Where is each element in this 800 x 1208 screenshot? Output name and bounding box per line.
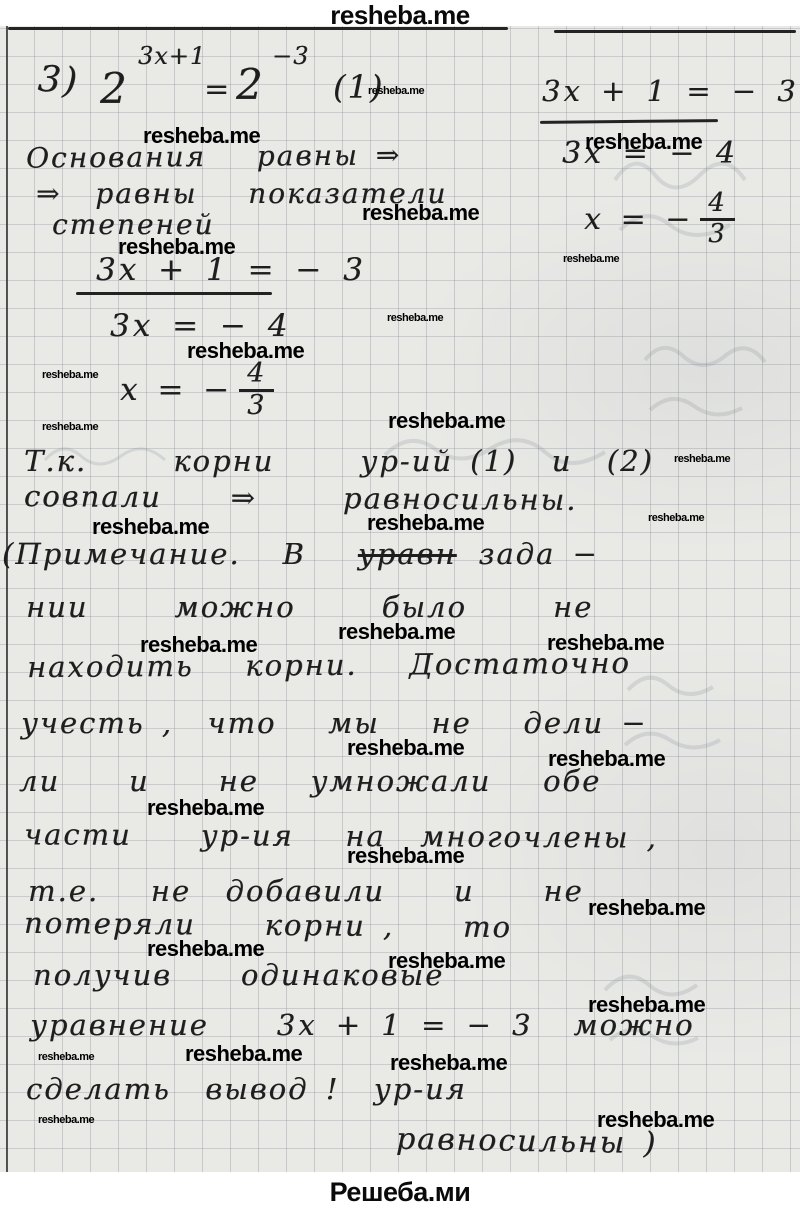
watermark-resheba: resheba.me bbox=[588, 895, 705, 921]
watermark-resheba: resheba.me bbox=[140, 632, 257, 658]
watermark-resheba: resheba.me bbox=[367, 510, 484, 536]
watermark-resheba: resheba.me bbox=[338, 619, 455, 645]
eq2-body: 3x + 1 = − 3 bbox=[542, 74, 799, 108]
left-step2-lhs: x = − bbox=[120, 372, 231, 408]
watermark-resheba: resheba.me bbox=[187, 338, 304, 364]
watermark-resheba: resheba.me bbox=[347, 735, 464, 761]
note-line: (Примечание.Вуравнзада − bbox=[2, 537, 599, 571]
watermark-resheba: resheba.me bbox=[597, 1107, 714, 1133]
note-word: В bbox=[283, 537, 306, 571]
eq2-line: 3x + 1 = − 3(2) bbox=[542, 74, 800, 108]
exercise-number: 3) bbox=[37, 59, 81, 103]
watermark-resheba: resheba.me bbox=[118, 234, 235, 260]
fraction-numerator: 4 bbox=[239, 360, 274, 392]
margin-line bbox=[6, 26, 8, 1172]
site-watermark-header: resheba.me bbox=[0, 0, 800, 31]
watermark-resheba-small: resheba.me bbox=[648, 512, 704, 524]
note-word: уравнение bbox=[30, 1008, 209, 1042]
watermark-resheba-small: resheba.me bbox=[387, 312, 443, 324]
fraction: 4 3 bbox=[239, 360, 274, 421]
fraction-denominator: 3 bbox=[708, 221, 727, 248]
note-line: потеряли корни , то bbox=[24, 906, 512, 944]
note-line: находить корни. Достаточно bbox=[27, 646, 631, 684]
note-word: (Примечание. bbox=[2, 537, 241, 571]
site-brand-footer: Решеба.ми bbox=[0, 1177, 800, 1208]
eq1-base-right: 2 bbox=[236, 60, 265, 109]
watermark-resheba: resheba.me bbox=[147, 795, 264, 821]
watermark-resheba: resheba.me bbox=[92, 514, 209, 540]
fraction-numerator: 4 bbox=[700, 190, 735, 221]
note-line: учесть , что мы не дели − bbox=[21, 706, 648, 740]
watermark-resheba: resheba.me bbox=[585, 129, 702, 155]
notebook-scan: { "brand": { "top": "resheba.me", "water… bbox=[0, 0, 800, 1208]
watermark-resheba: resheba.me bbox=[390, 1050, 507, 1076]
fraction: 4 3 bbox=[700, 190, 735, 249]
watermark-resheba: resheba.me bbox=[548, 746, 665, 772]
strikethrough-word: уравн bbox=[358, 537, 457, 571]
eq1-equals: = bbox=[204, 72, 231, 107]
left-step-2: x = − 4 3 bbox=[120, 360, 274, 421]
watermark-resheba: resheba.me bbox=[362, 200, 479, 226]
note-line: т.е. не добавили и не bbox=[28, 874, 584, 908]
note-line: части ур-ия на многочлены , bbox=[24, 817, 658, 854]
note-line: нии можно было не bbox=[26, 590, 593, 624]
watermark-resheba: resheba.me bbox=[388, 408, 505, 434]
note-line: Т.к. корни ур-ий (1) и (2) bbox=[24, 444, 654, 478]
watermark-resheba-small: resheba.me bbox=[38, 1114, 94, 1126]
watermark-resheba-small: resheba.me bbox=[368, 85, 424, 97]
watermark-resheba: resheba.me bbox=[588, 992, 705, 1018]
eq1-base-left: 2 bbox=[100, 64, 129, 113]
watermark-resheba: resheba.me bbox=[547, 630, 664, 656]
note-line: получив одинаковые bbox=[33, 958, 444, 992]
watermark-resheba-small: resheba.me bbox=[42, 421, 98, 433]
watermark-resheba: resheba.me bbox=[185, 1041, 302, 1067]
eq1-exponent-left: 3x+1 bbox=[138, 42, 206, 70]
watermark-resheba: resheba.me bbox=[143, 123, 260, 149]
right-step2-lhs: x = − bbox=[584, 202, 692, 237]
watermark-resheba: resheba.me bbox=[388, 948, 505, 974]
fraction-denominator: 3 bbox=[247, 392, 266, 420]
bleed-through-mark bbox=[640, 330, 790, 450]
note-equation: 3x + 1 = − 3 bbox=[277, 1008, 534, 1042]
right-step-2: x = − 4 3 bbox=[584, 190, 735, 249]
left-eq-underline bbox=[76, 292, 272, 295]
note-line: сделать вывод ! ур-ия bbox=[26, 1072, 467, 1106]
watermark-resheba-small: resheba.me bbox=[38, 1051, 94, 1063]
watermark-resheba: resheba.me bbox=[147, 936, 264, 962]
eq1-exponent-right: −3 bbox=[272, 42, 309, 70]
watermark-resheba-small: resheba.me bbox=[42, 369, 98, 381]
note-line: ли и не умножали обе bbox=[19, 764, 601, 798]
note-line: совпали ⇒ равносильны. bbox=[24, 479, 578, 517]
watermark-resheba-small: resheba.me bbox=[674, 453, 730, 465]
watermark-resheba-small: resheba.me bbox=[563, 253, 619, 265]
watermark-resheba: resheba.me bbox=[347, 843, 464, 869]
note-word: зада − bbox=[479, 537, 599, 571]
